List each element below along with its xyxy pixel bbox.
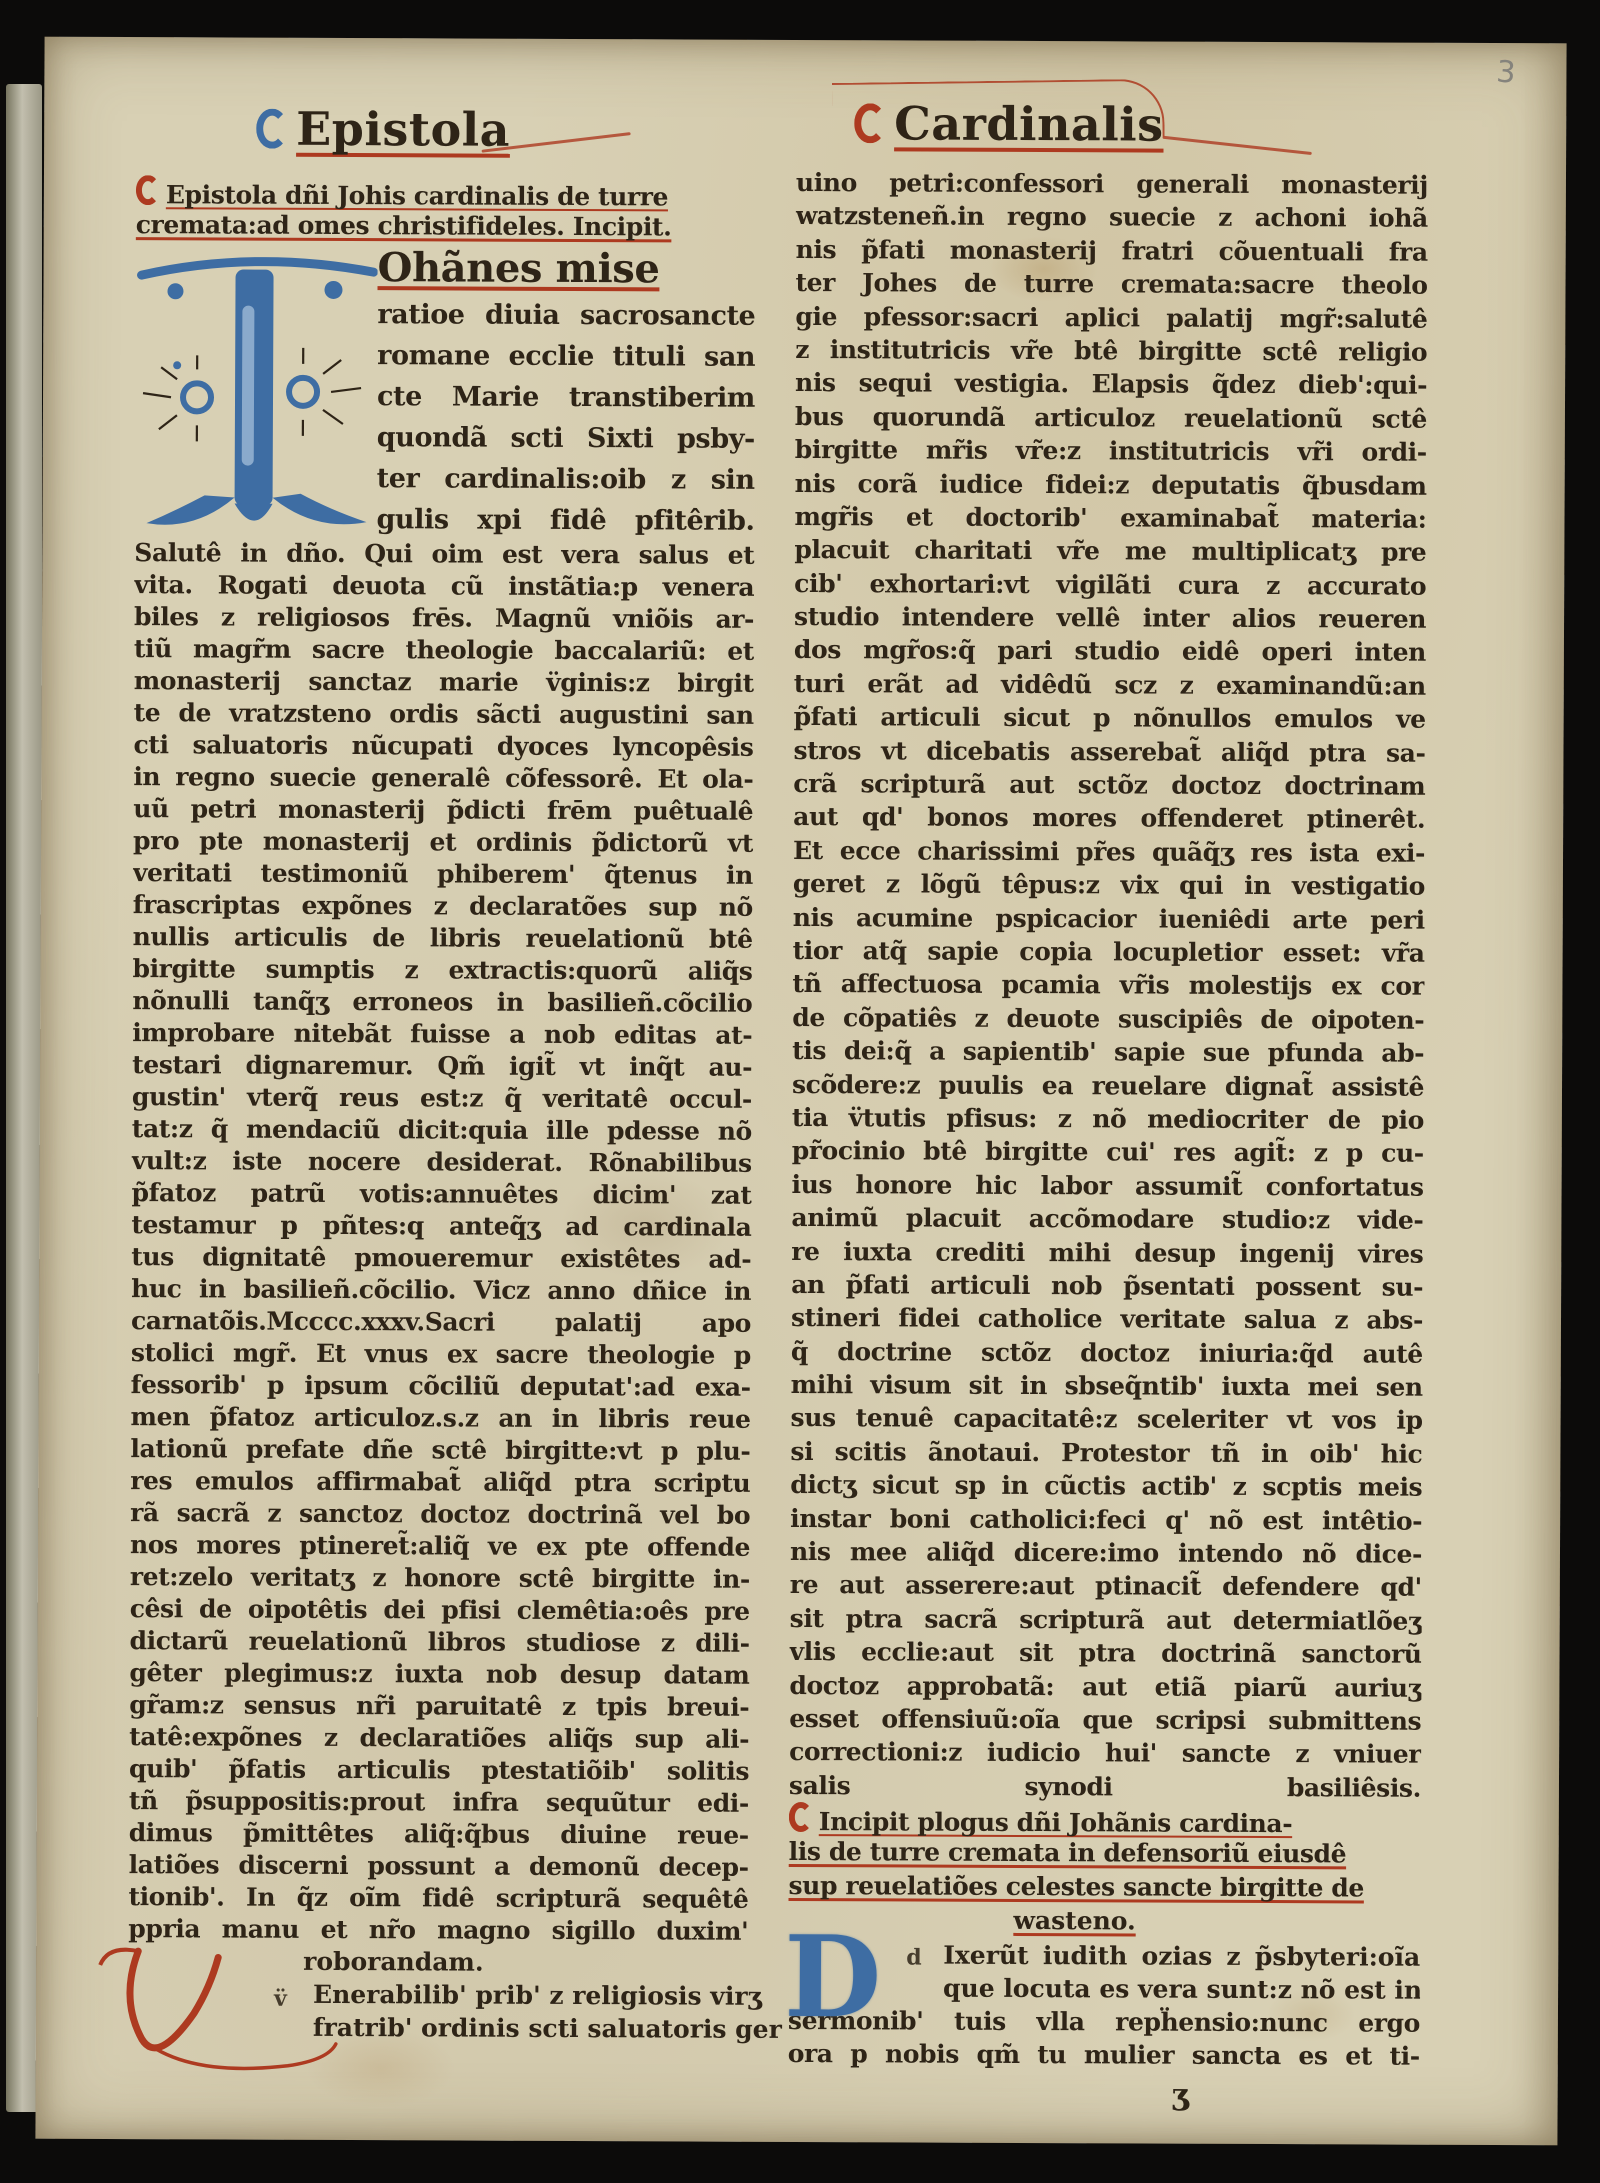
text-line: testari dignaremur. Qm̃ igit̃ vt inq̃t a… (132, 1049, 752, 1084)
text-line: ora p nobis qm̃ tu mulier sancta es et t… (788, 2037, 1420, 2073)
text-line: Enerabilib' prib' z religiosis virʒ (128, 1977, 748, 2013)
text-line: scõdere:z puulis ea reuelare dignat̃ ass… (792, 1068, 1424, 1104)
text-line: veritati testimoniũ phiberem' q̃tenus in (133, 857, 753, 892)
text-line: nis mee aliq̃d dicere:imo intendo nõ dic… (790, 1535, 1422, 1571)
capitulum-mark-icon (256, 109, 288, 149)
text-line: ppria manu et nr̃o magno sigillo duxim' (128, 1913, 748, 1948)
text-line: bus quorundã articuloz reuelationũ sctê (795, 400, 1427, 436)
text-line: Ohãnes mise (377, 246, 755, 296)
text-line: fratrib' ordinis scti saluatoris ger (128, 2010, 748, 2046)
text-line: gêter plegimus:z iuxta nob desup datam (129, 1657, 749, 1692)
text-line: nis acumine pspicacior iueniêdi arte per… (793, 901, 1425, 937)
rubric-text: Epistola dñi Johis cardinalis de turre (166, 180, 668, 211)
opening-initial-block: Ohãnes miseratioe diuia sacrosancteroman… (134, 245, 755, 540)
text-line: dos mgr̃os:q̃ pari studio eidê operi int… (794, 633, 1426, 669)
illuminated-initial-I-icon (134, 245, 377, 538)
text-line: stros vt dicebatis asserebat̃ aliq̃d ptr… (793, 734, 1425, 770)
right-rubric-center: wasteno. (788, 1904, 1420, 1941)
verse-block: v̈ Enerabilib' prib' z religiosis virʒ f… (128, 1977, 748, 2050)
text-line: dictarũ reuelationũ libros studiose z di… (130, 1625, 750, 1660)
text-line: monasterij sanctaz marie v̈ginis:z birgi… (134, 665, 754, 700)
text-line: tñ p̃suppositis:prout infra sequũtur edi… (129, 1785, 749, 1820)
text-line: si scitis ãnotaui. Protestor tñ in oib' … (790, 1435, 1422, 1471)
red-pen-flourish (1162, 136, 1311, 155)
right-body-text: uino petri:confessori generali monasteri… (789, 166, 1428, 1805)
text-line: tat:z q̃ mendaciũ dicit:quia ille pdesse… (132, 1113, 752, 1148)
text-line: cti saluatoris nũcupati dyoces lyncopêsi… (133, 729, 753, 764)
text-line: gie pfessor:sacri aplici palatij mgr̃:sa… (795, 300, 1427, 336)
guide-letter: d (906, 1945, 922, 1971)
text-line: Ixerũt iudith ozias z p̃sbyteri:oĩa (788, 1938, 1420, 1974)
text-line: tionib'. In q̃z oĩm fidê scripturã sequê… (128, 1881, 748, 1916)
red-pen-flourish (832, 79, 1165, 141)
text-line: cib' exhortari:vt vigilãti cura z accura… (794, 567, 1426, 603)
text-line: uũ petri monasterij p̃dicti frēm puêtual… (133, 793, 753, 828)
text-line: stineri fidei catholice veritate salua z… (791, 1301, 1423, 1337)
text-line: stolici mgr̃. Et vnus ex sacre theologie… (131, 1337, 751, 1372)
rubric-text: lis de turre cremata in defensoriũ eiusd… (789, 1837, 1347, 1868)
text-line: correctioni:z iudicio hui' sancte z vniu… (789, 1735, 1421, 1771)
text-line: studio intendere vellê inter alios reuer… (794, 600, 1426, 636)
text-line: geret z lõgũ têpus:z vix qui in vestigat… (793, 867, 1425, 903)
text-line: nõnulli tanq̃ʒ erroneos in basilieñ.cõci… (132, 985, 752, 1020)
text-line: nos mores ptineret̃:aliq̃ ve ex pte offe… (130, 1529, 750, 1564)
left-rubric-line: Epistola dñi Johis cardinalis de turre (136, 175, 756, 212)
text-line: cte Marie transtiberim (377, 376, 755, 419)
scan-background: { "page": { "folio_number": "3", "signat… (0, 0, 1600, 2183)
text-line: cêsi de oipotêtis dei pfisi clemêtia:oês… (130, 1593, 750, 1628)
text-line: ter Johes de turre cremata:sacre theolo (795, 266, 1427, 302)
text-line: tus dignitatê pmoueremur existêtes ad- (131, 1241, 751, 1276)
text-line: p̃fati articuli sicut p nõnullos emulos … (794, 700, 1426, 736)
text-line: mgr̃is et doctorib' examinabat̃ materia: (794, 500, 1426, 536)
text-line: nis p̃fati monasterij fratri cõuentuali … (796, 233, 1428, 269)
illuminated-initial-D: D (784, 1930, 882, 2026)
text-line: birgitte sumptis z extractis:quorũ aliq̃… (132, 953, 752, 988)
text-line: ter cardinalis:oib z sin (377, 458, 755, 501)
left-column: Epistola Epistola dñi Johis cardinalis d… (128, 101, 756, 2050)
text-line: turi erãt ad vidêdũ scz z examinandũ:an (794, 667, 1426, 703)
text-line: tiũ magr̃m sacre theologie baccalariũ: e… (134, 633, 754, 668)
text-line: latiões discerni possunt a demonũ decep- (129, 1849, 749, 1884)
running-header-epistola: Epistola (296, 102, 510, 157)
text-line: rã sacrã z sanctoz doctoz doctrinã vel b… (130, 1497, 750, 1532)
text-line: nis corã iudice fidei:z deputatis q̃busd… (795, 466, 1427, 502)
text-line: z institutricis vr̃e btê birgitte sctê r… (795, 333, 1427, 369)
text-line: in regno suecie generalê cõfessorê. Et o… (133, 761, 753, 796)
text-line: ret:zelo veritatʒ z honore sctê birgitte… (130, 1561, 750, 1596)
manuscript-page: 3 Epistola Epistola dñi Johis cardinalis… (35, 37, 1566, 2146)
text-line: huc in basilieñ.cõcilio. Vicz anno dñice… (131, 1273, 751, 1308)
text-line: crã scripturã aut sctõz doctoz doctrinam (793, 767, 1425, 803)
closing-line: roborandam. (128, 1945, 748, 1980)
rubric-text: cremata:ad omes christifideles. Incipit. (136, 210, 672, 241)
text-line: tñ affectuosa pcamia vr̃is molestijs ex … (792, 967, 1424, 1003)
text-line: pr̃ocinio btê birgitte cui' res agit̃: z… (792, 1134, 1424, 1170)
right-rubric-line: sup reuelatiões celestes sancte birgitte… (788, 1870, 1420, 1907)
text-line: tis dei:q̃ a sapientib' sapie sue pfunda… (792, 1034, 1424, 1070)
text-line: an p̃fati articuli nob p̃sentati possent… (791, 1268, 1423, 1304)
text-line: sit ptra sacrã scripturã aut determiatlõ… (790, 1602, 1422, 1638)
text-line: de cõpatiês z deuote suscipiês de oipote… (792, 1001, 1424, 1037)
text-line: ratioe diuia sacrosancte (377, 294, 755, 337)
text-line: doctoz approbatã: aut etiã piarũ auriuʒ (789, 1669, 1421, 1705)
capitulum-mark-icon (789, 1802, 813, 1832)
left-header-row: Epistola (136, 101, 756, 178)
text-line: p̃fatoz patrũ votis:annuêtes dicim' zat (131, 1177, 751, 1212)
left-body-text: Salutê in dño. Qui oim est vera salus et… (128, 537, 754, 1948)
text-line: re aut asserere:aut ptinacit̃ defendere … (790, 1568, 1422, 1604)
text-line: nullis articulis de libris reuelationũ b… (133, 921, 753, 956)
right-column: Cardinalis uino petri:confessori general… (788, 96, 1429, 2073)
rubric-text: Incipit plogus dñi Johãnis cardina- (819, 1807, 1293, 1838)
text-line: dimus p̃mittêtes aliq̃:q̃bus diuine reue… (129, 1817, 749, 1852)
text-line: tia v̈tutis pfisus: z nõ mediocriter de … (792, 1101, 1424, 1137)
text-line: te de vratzsteno ordis sãcti augustini s… (134, 697, 754, 732)
left-rubric-line: cremata:ad omes christifideles. Incipit. (136, 209, 756, 246)
text-line: watzsteneñ.in regno suecie z achoni iohã (796, 199, 1428, 235)
text-line: testamur p pñtes:q anteq̃ʒ ad cardinala (131, 1209, 751, 1244)
text-line: vult:z iste nocere desiderat. Rõnabilibu… (132, 1145, 752, 1180)
text-line: ius honore hic labor assumit̃ confortatu… (792, 1168, 1424, 1204)
text-line: mihi visum sit in sbseq̃ntib' iuxta mei … (791, 1368, 1423, 1404)
text-line: romane ecclie tituli san (377, 335, 755, 378)
text-line: quondã scti Sixti psby- (377, 417, 755, 460)
text-line: improbare nitebãt fuisse a nob editas at… (132, 1017, 752, 1052)
text-line: animũ placuit accõmodare studio:z vide- (791, 1201, 1423, 1237)
rubric-text: sup reuelatiões celestes sancte birgitte… (788, 1871, 1364, 1903)
text-line: aut qd' bonos mores offenderet ptinerêt. (793, 800, 1425, 836)
prologue-opening-block: D d Ixerũt iudith ozias z p̃sbyteri:oĩa … (788, 1938, 1421, 2073)
text-line: placuit charitati vr̃e me multiplicatʒ p… (794, 533, 1426, 569)
text-line: salis synodi basiliêsis. (789, 1769, 1421, 1805)
right-header-row: Cardinalis (796, 96, 1428, 169)
right-rubric-line: Incipit plogus dñi Johãnis cardina- (789, 1802, 1421, 1839)
text-line: re iuxta crediti mihi desup ingenij vire… (791, 1234, 1423, 1270)
text-line: fessorib' p ipsum cõciliũ deputat':ad ex… (131, 1369, 751, 1404)
text-line: tior atq̃ sapie copia locupletior esset:… (793, 934, 1425, 970)
text-line: que locuta es vera sunt:z nõ est in (788, 1971, 1420, 2007)
folio-number: 3 (1495, 54, 1517, 90)
text-line: lationũ prefate dñe sctê birgitte:vt p p… (130, 1433, 750, 1468)
text-line: carnatõis.Mcccc.xxxv.Sacri palatij apo (131, 1305, 751, 1340)
text-line: Salutê in dño. Qui oim est vera salus et (134, 537, 754, 572)
text-line: instar boni catholici:feci q' nõ est int… (790, 1502, 1422, 1538)
text-line: uino petri:confessori generali monasteri… (796, 166, 1428, 202)
text-line: nis sequi vestigia. Elapsis q̃dez dieb':… (795, 366, 1427, 402)
opening-lines: Ohãnes miseratioe diuia sacrosancteroman… (376, 246, 755, 540)
text-line: sus tenuê capacitatê:z sceleriter vt vos… (790, 1401, 1422, 1437)
drop-cap-I (134, 245, 377, 538)
text-line: gr̃am:z sensus nr̃i paruitatê z tpis bre… (129, 1689, 749, 1724)
rubric-text: wasteno. (1013, 1906, 1136, 1936)
text-line: pro pte monasterij et ordinis p̃dictorũ … (133, 825, 753, 860)
text-line: Et ecce charissimi pr̃es quãq̃ʒ res ista… (793, 834, 1425, 870)
right-rubric-line: lis de turre cremata in defensoriũ eiusd… (789, 1836, 1421, 1873)
text-line: vita. Rogati deuota cũ instãtia:p venera (134, 569, 754, 604)
text-line: dictʒ sicut sp in cũctis actib' z scptis… (790, 1468, 1422, 1504)
text-line: men p̃fatoz articuloz.s.z an in libris r… (131, 1401, 751, 1436)
text-line: sermonib' tuis vlla repḧensio:nunc ergo (788, 2004, 1420, 2040)
text-line: quib' p̃fatis articulis ptestatiõib' sol… (129, 1753, 749, 1788)
text-line: tatê:expõnes z declaratiões aliq̃s sup a… (129, 1721, 749, 1756)
text-line: res emulos affirmabat̃ aliq̃d ptra scrip… (130, 1465, 750, 1500)
quire-signature: ʒ (1172, 2078, 1189, 2113)
guide-letter: v̈ (274, 1986, 287, 2012)
capitulum-mark-icon (136, 175, 160, 205)
text-line: vlis ecclie:aut sit ptra doctrinã sancto… (789, 1635, 1421, 1671)
text-line: gustin' vterq̃ reus est:z q̃ veritatê oc… (132, 1081, 752, 1116)
text-line: gulis xpi fidê pfitêrib. (376, 499, 754, 542)
text-line: esset offensiuũ:oĩa que scripsi submitte… (789, 1702, 1421, 1738)
text-line: birgitte mr̃is vr̃e:z institutricis vr̃i… (795, 433, 1427, 469)
text-line: q̃ doctrine sctõz doctoz iniuria:q̃d aut… (791, 1335, 1423, 1371)
text-line: frascriptas expõnes z declaratões sup nõ (133, 889, 753, 924)
text-line: biles z religiosos frēs. Magnũ vniõis ar… (134, 601, 754, 636)
